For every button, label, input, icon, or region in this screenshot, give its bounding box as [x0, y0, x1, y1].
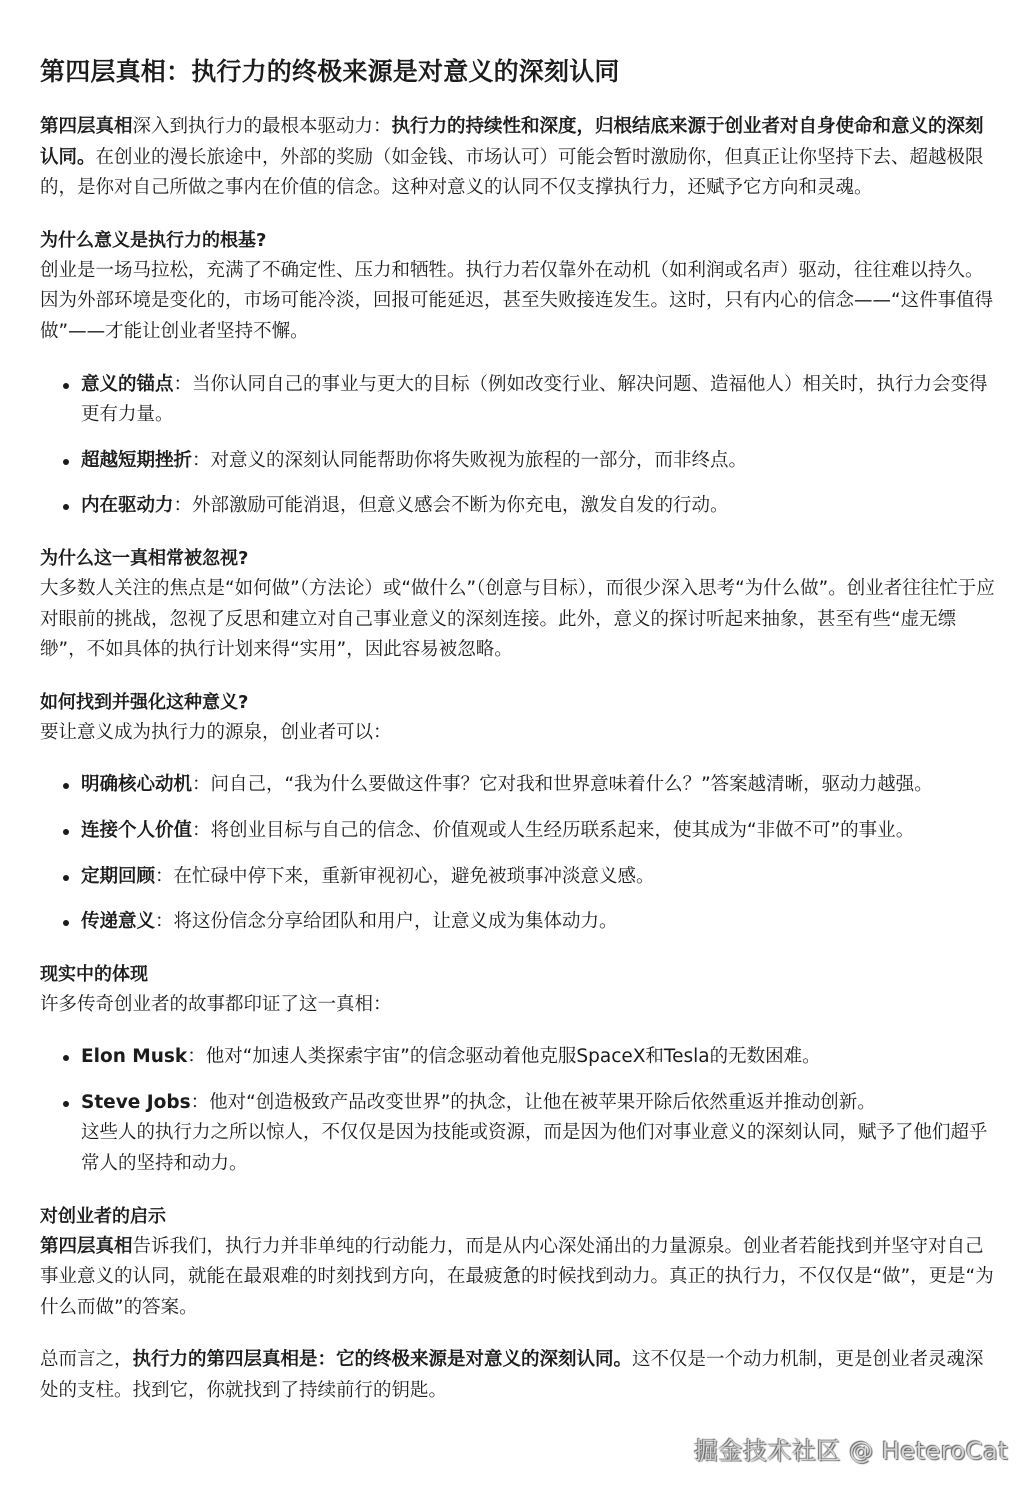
section-body: 大多数人关注的焦点是“如何做”（方法论）或“做什么”（创意与目标），而很少深入思…	[40, 574, 995, 666]
intro-text-2: 在创业的漫长旅途中，外部的奖励（如金钱、市场认可）可能会暂时激励你，但真正让你坚…	[40, 147, 984, 199]
list-item-label: Steve Jobs	[81, 1092, 191, 1113]
list-item-text: ：问自己，“我为什么要做这件事？它对我和世界意味着什么？”答案越清晰，驱动力越强…	[192, 774, 933, 795]
section-body: 第四层真相告诉我们，执行力并非单纯的行动能力，而是从内心深处涌出的力量源泉。创业…	[40, 1232, 995, 1324]
bullet-list: 意义的锚点：当你认同自己的事业与更大的目标（例如改变行业、解决问题、造福他人）相…	[40, 370, 995, 522]
list-item: 传递意义：将这份信念分享给团队和用户，让意义成为集体动力。	[81, 907, 995, 938]
list-item-label: 连接个人价值	[81, 820, 192, 841]
list-item-text: ：将这份信念分享给团队和用户，让意义成为集体动力。	[155, 911, 618, 932]
section-body: 许多传奇创业者的故事都印证了这一真相：	[40, 990, 995, 1021]
watermark: 掘金技术社区 @ HeteroCat	[694, 1431, 1008, 1466]
article-title: 第四层真相：执行力的终极来源是对意义的深刻认同	[40, 52, 995, 92]
section-body: 要让意义成为执行力的源泉，创业者可以：	[40, 718, 995, 749]
section-heading: 现实中的体现	[40, 960, 995, 990]
list-item-label: Elon Musk	[81, 1046, 187, 1067]
list-item-label: 明确核心动机	[81, 774, 192, 795]
conclusion-bold: 执行力的第四层真相是：它的终极来源是对意义的深刻认同。	[133, 1349, 633, 1370]
list-item-text: ：在忙碌中停下来，重新审视初心，避免被琐事冲淡意义感。	[155, 866, 655, 887]
list-item-text: ：将创业目标与自己的信念、价值观或人生经历联系起来，使其成为“非做不可”的事业。	[192, 820, 914, 841]
section-why-meaning-foundation: 为什么意义是执行力的根基? 创业是一场马拉松，充满了不确定性、压力和牺牲。执行力…	[40, 226, 995, 522]
list-item-text: ：他对“创造极致产品改变世界”的执念，让他在被苹果开除后依然重返并推动创新。	[191, 1092, 876, 1113]
section-takeaways: 对创业者的启示 第四层真相告诉我们，执行力并非单纯的行动能力，而是从内心深处涌出…	[40, 1202, 995, 1324]
list-item: 连接个人价值：将创业目标与自己的信念、价值观或人生经历联系起来，使其成为“非做不…	[81, 816, 995, 847]
conclusion-text-1: 总而言之，	[40, 1349, 133, 1370]
list-item-text: ：当你认同自己的事业与更大的目标（例如改变行业、解决问题、造福他人）相关时，执行…	[81, 374, 988, 426]
list-item: 超越短期挫折：对意义的深刻认同能帮助你将失败视为旅程的一部分，而非终点。	[81, 446, 995, 477]
section-how-to-find-meaning: 如何找到并强化这种意义? 要让意义成为执行力的源泉，创业者可以： 明确核心动机：…	[40, 688, 995, 938]
article: 第四层真相：执行力的终极来源是对意义的深刻认同 第四层真相深入到执行力的最根本驱…	[40, 52, 995, 1407]
list-item-label: 超越短期挫折	[81, 450, 192, 471]
intro-text-1: 深入到执行力的最根本驱动力：	[133, 116, 392, 137]
list-item-label: 传递意义	[81, 911, 155, 932]
list-item-label: 定期回顾	[81, 866, 155, 887]
section-real-world-examples: 现实中的体现 许多传奇创业者的故事都印证了这一真相： Elon Musk：他对“…	[40, 960, 995, 1180]
list-item-text: ：对意义的深刻认同能帮助你将失败视为旅程的一部分，而非终点。	[192, 450, 747, 471]
section-why-overlooked: 为什么这一真相常被忽视? 大多数人关注的焦点是“如何做”（方法论）或“做什么”（…	[40, 544, 995, 666]
bullet-list: 明确核心动机：问自己，“我为什么要做这件事？它对我和世界意味着什么？”答案越清晰…	[40, 770, 995, 937]
list-item: Steve Jobs：他对“创造极致产品改变世界”的执念，让他在被苹果开除后依然…	[81, 1088, 995, 1180]
intro-lead-bold: 第四层真相	[40, 116, 133, 137]
section-heading: 对创业者的启示	[40, 1202, 995, 1232]
conclusion-paragraph: 总而言之，执行力的第四层真相是：它的终极来源是对意义的深刻认同。这不仅是一个动力…	[40, 1345, 995, 1406]
bullet-list: Elon Musk：他对“加速人类探索宇宙”的信念驱动着他克服SpaceX和Te…	[40, 1042, 995, 1179]
list-item: 明确核心动机：问自己，“我为什么要做这件事？它对我和世界意味着什么？”答案越清晰…	[81, 770, 995, 801]
section-heading: 为什么意义是执行力的根基?	[40, 226, 995, 256]
list-item: 意义的锚点：当你认同自己的事业与更大的目标（例如改变行业、解决问题、造福他人）相…	[81, 370, 995, 431]
intro-paragraph: 第四层真相深入到执行力的最根本驱动力：执行力的持续性和深度，归根结底来源于创业者…	[40, 112, 995, 204]
list-item: 内在驱动力：外部激励可能消退，但意义感会不断为你充电，激发自发的行动。	[81, 491, 995, 522]
section-body-text: 告诉我们，执行力并非单纯的行动能力，而是从内心深处涌出的力量源泉。创业者若能找到…	[40, 1236, 994, 1318]
list-item-label: 内在驱动力	[81, 495, 174, 516]
list-item: 定期回顾：在忙碌中停下来，重新审视初心，避免被琐事冲淡意义感。	[81, 862, 995, 893]
list-item-text: ：外部激励可能消退，但意义感会不断为你充电，激发自发的行动。	[174, 495, 729, 516]
section-body: 创业是一场马拉松，充满了不确定性、压力和牺牲。执行力若仅靠外在动机（如利润或名声…	[40, 256, 995, 348]
section-heading: 如何找到并强化这种意义?	[40, 688, 995, 718]
list-item-text: ：他对“加速人类探索宇宙”的信念驱动着他克服SpaceX和Tesla的无数困难。	[187, 1046, 820, 1067]
section-heading: 为什么这一真相常被忽视?	[40, 544, 995, 574]
list-item-label: 意义的锚点	[81, 374, 174, 395]
list-item: Elon Musk：他对“加速人类探索宇宙”的信念驱动着他克服SpaceX和Te…	[81, 1042, 995, 1073]
list-item-continuation: 这些人的执行力之所以惊人，不仅仅是因为技能或资源，而是因为他们对事业意义的深刻认…	[81, 1122, 988, 1174]
section-body-bold: 第四层真相	[40, 1236, 133, 1257]
